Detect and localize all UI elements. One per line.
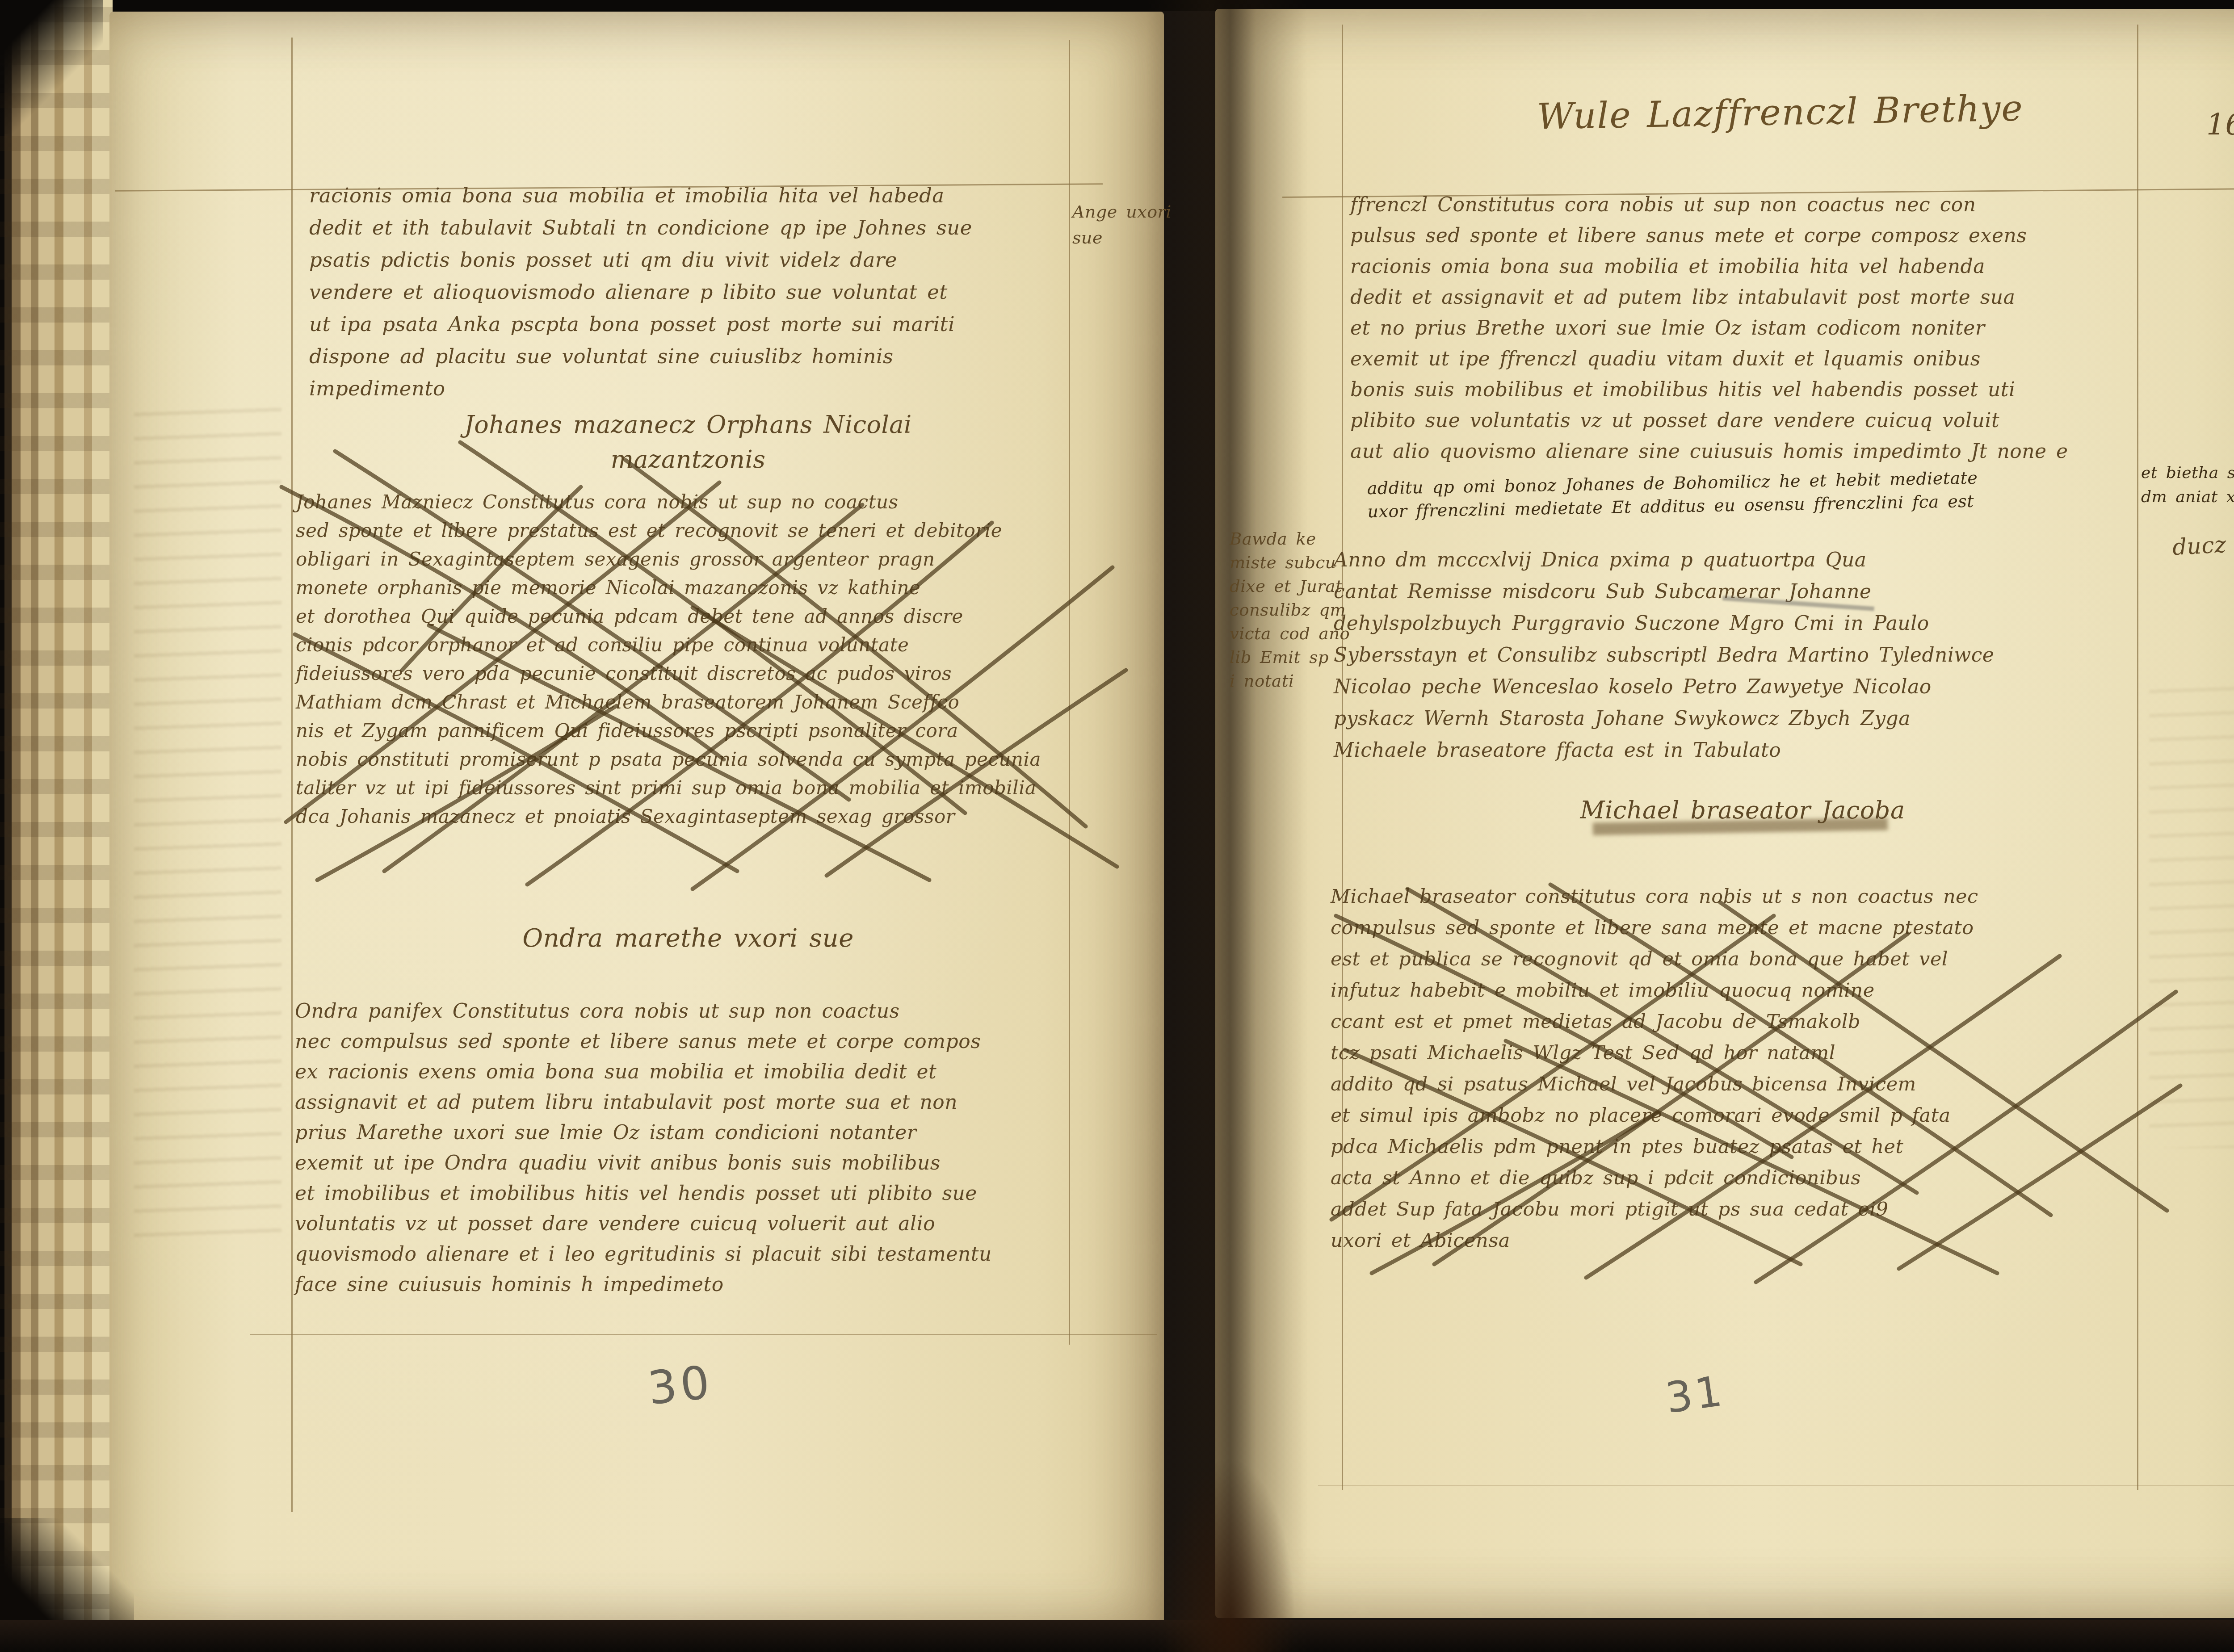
text-line: nec compulsus sed sponte et libere sanus… [295, 1027, 1095, 1057]
left-entry3-paragraph: Ondra panifex Constitutus cora nobis ut … [295, 996, 1095, 1300]
text-line: exemit ut ipe Ondra quadiu vivit anibus … [295, 1148, 1095, 1178]
text-line: dispone ad placitu sue voluntat sine cui… [309, 340, 1096, 373]
left-entry3-heading: Ondra marethe vxori sue [308, 924, 1068, 953]
text-line: ex racionis exens omia bona sua mobilia … [295, 1057, 1095, 1087]
text-line: psatis pdictis bonis posset uti qm diu v… [309, 244, 1096, 276]
text-line: sue [1072, 225, 1215, 251]
text-line: Nicolao peche Wenceslao koselo Petro Zaw… [1334, 671, 2133, 703]
text-line: et imobilibus et imobilibus hitis vel he… [295, 1178, 1095, 1209]
text-line: exemit ut ipe ffrenczl quadiu vitam duxi… [1350, 344, 2146, 374]
folio-number: 16 [2206, 107, 2234, 142]
text-line: Ondra panifex Constitutus cora nobis ut … [295, 996, 1095, 1027]
text-line: bonis suis mobilibus et imobilibus hitis… [1350, 374, 2146, 405]
right-entry2-paragraph: Anno dm mcccxlvij Dnica pxima p quatuort… [1334, 544, 2133, 766]
text-line: assignavit et ad putem libru intabulavit… [295, 1087, 1095, 1118]
pencil-page-number-30: 30 [645, 1356, 715, 1416]
crossout-strokes-right [1318, 862, 2189, 1291]
text-line: aut alio quovismo alienare sine cuiusuis… [1350, 436, 2146, 467]
text-line: dm aniat xvij [2141, 485, 2234, 509]
text-line: cantat Remisse misdcoru Sub Subcamerar J… [1334, 576, 2133, 608]
left-entry1-paragraph: racionis omia bona sua mobilia et imobil… [309, 180, 1096, 405]
text-line: dedit et ith tabulavit Subtali tn condic… [309, 212, 1096, 244]
book-gutter-bottom-shadow [1162, 1456, 1296, 1652]
text-line: racionis omia bona sua mobilia et imobil… [1350, 251, 2146, 282]
pencil-page-number-31: 31 [1663, 1367, 1728, 1423]
text-line: et bietha soror ei9 [2141, 461, 2234, 485]
text-line: dedit et assignavit et ad putem libz int… [1350, 282, 2146, 313]
manuscript-photo: racionis omia bona sua mobilia et imobil… [0, 0, 2234, 1652]
text-line: ut ipa psata Anka pscpta bona posset pos… [309, 308, 1096, 340]
ink-bleedthrough [134, 402, 281, 1242]
right-margin-overflow: et bietha soror ei9dm aniat xvij [2141, 461, 2234, 509]
text-line: ffrenczl Constitutus cora nobis ut sup n… [1350, 189, 2146, 220]
text-line: vendere et alioquovismodo alienare p lib… [309, 276, 1096, 308]
text-line: racionis omia bona sua mobilia et imobil… [309, 180, 1096, 212]
right-entry3-heading-struck: Michael braseator Jacoba [1385, 796, 2100, 824]
left-margin-insertion: Ange uxorisue [1072, 199, 1215, 251]
text-line: plibito sue voluntatis vz ut posset dare… [1350, 405, 2146, 436]
background-bottom-edge [0, 1620, 2234, 1652]
running-title: Wule Lazffrenczl Brethye [1537, 88, 2024, 138]
text-line: dehylspolzbuych Purggravio Suczone Mgro … [1334, 608, 2133, 639]
ruling-line [250, 1334, 1157, 1335]
right-entry1-paragraph: ffrenczl Constitutus cora nobis ut sup n… [1350, 189, 2146, 467]
text-line: face sine cuiusuis hominis h impedimeto [295, 1270, 1095, 1300]
crossout-strokes-left [268, 420, 1144, 898]
text-line: pyskacz Wernh Starosta Johane Swykowcz Z… [1334, 703, 2133, 734]
text-line: Michaele braseatore ffacta est in Tabula… [1334, 734, 2133, 766]
text-line: quovismodo alienare et i leo egritudinis… [295, 1239, 1095, 1270]
text-line: impedimento [309, 373, 1096, 405]
page-stack-left-edge [0, 0, 113, 1652]
dark-corner-top-left [0, 0, 103, 134]
ruling-line [1318, 1485, 2234, 1486]
text-line: Anno dm mcccxlvij Dnica pxima p quatuort… [1334, 544, 2133, 576]
text-line: voluntatis vz ut posset dare vendere cui… [295, 1209, 1095, 1239]
text-line: et no prius Brethe uxori sue lmie Oz ist… [1350, 313, 2146, 344]
text-line: Sybersstayn et Consulibz subscriptl Bedr… [1334, 639, 2133, 671]
text-line: pulsus sed sponte et libere sanus mete e… [1350, 220, 2146, 251]
text-line: Ange uxori [1072, 199, 1215, 225]
text-line: prius Marethe uxori sue lmie Oz istam co… [295, 1118, 1095, 1148]
